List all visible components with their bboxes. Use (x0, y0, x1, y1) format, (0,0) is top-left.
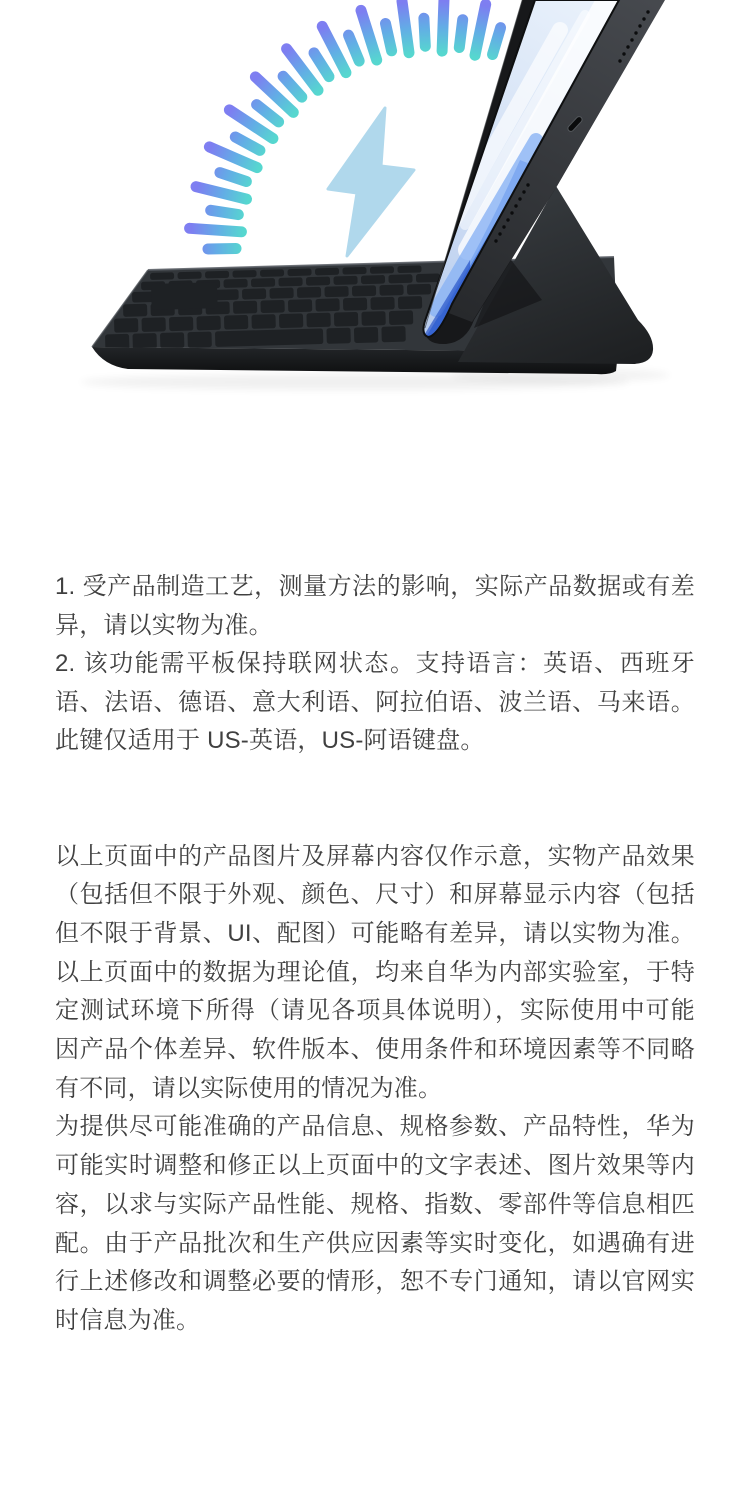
hero-illustration (0, 0, 750, 560)
product-hero-image (0, 0, 750, 560)
charging-arc-icon (190, 0, 501, 249)
footnotes-section: 1. 受产品制造工艺，测量方法的影响，实际产品数据或有差异，请以实物为准。 2.… (55, 568, 695, 761)
lightning-bolt-icon (328, 108, 414, 256)
footnote-2: 2. 该功能需平板保持联网状态。支持语言：英语、西班牙语、法语、德语、意大利语、… (55, 645, 695, 761)
product-page: 1. 受产品制造工艺，测量方法的影响，实际产品数据或有差异，请以实物为准。 2.… (0, 0, 750, 1504)
footnote-1: 1. 受产品制造工艺，测量方法的影响，实际产品数据或有差异，请以实物为准。 (55, 568, 695, 645)
text-column: 1. 受产品制造工艺，测量方法的影响，实际产品数据或有差异，请以实物为准。 2.… (0, 568, 750, 1341)
disclaimer-paragraph-2: 为提供尽可能准确的产品信息、规格参数、产品特性，华为可能实时调整和修正以上页面中… (55, 1108, 695, 1340)
disclaimer-paragraph-1: 以上页面中的产品图片及屏幕内容仅作示意，实物产品效果（包括但不限于外观、颜色、尺… (55, 838, 695, 1109)
disclaimer-section: 以上页面中的产品图片及屏幕内容仅作示意，实物产品效果（包括但不限于外观、颜色、尺… (55, 838, 695, 1341)
